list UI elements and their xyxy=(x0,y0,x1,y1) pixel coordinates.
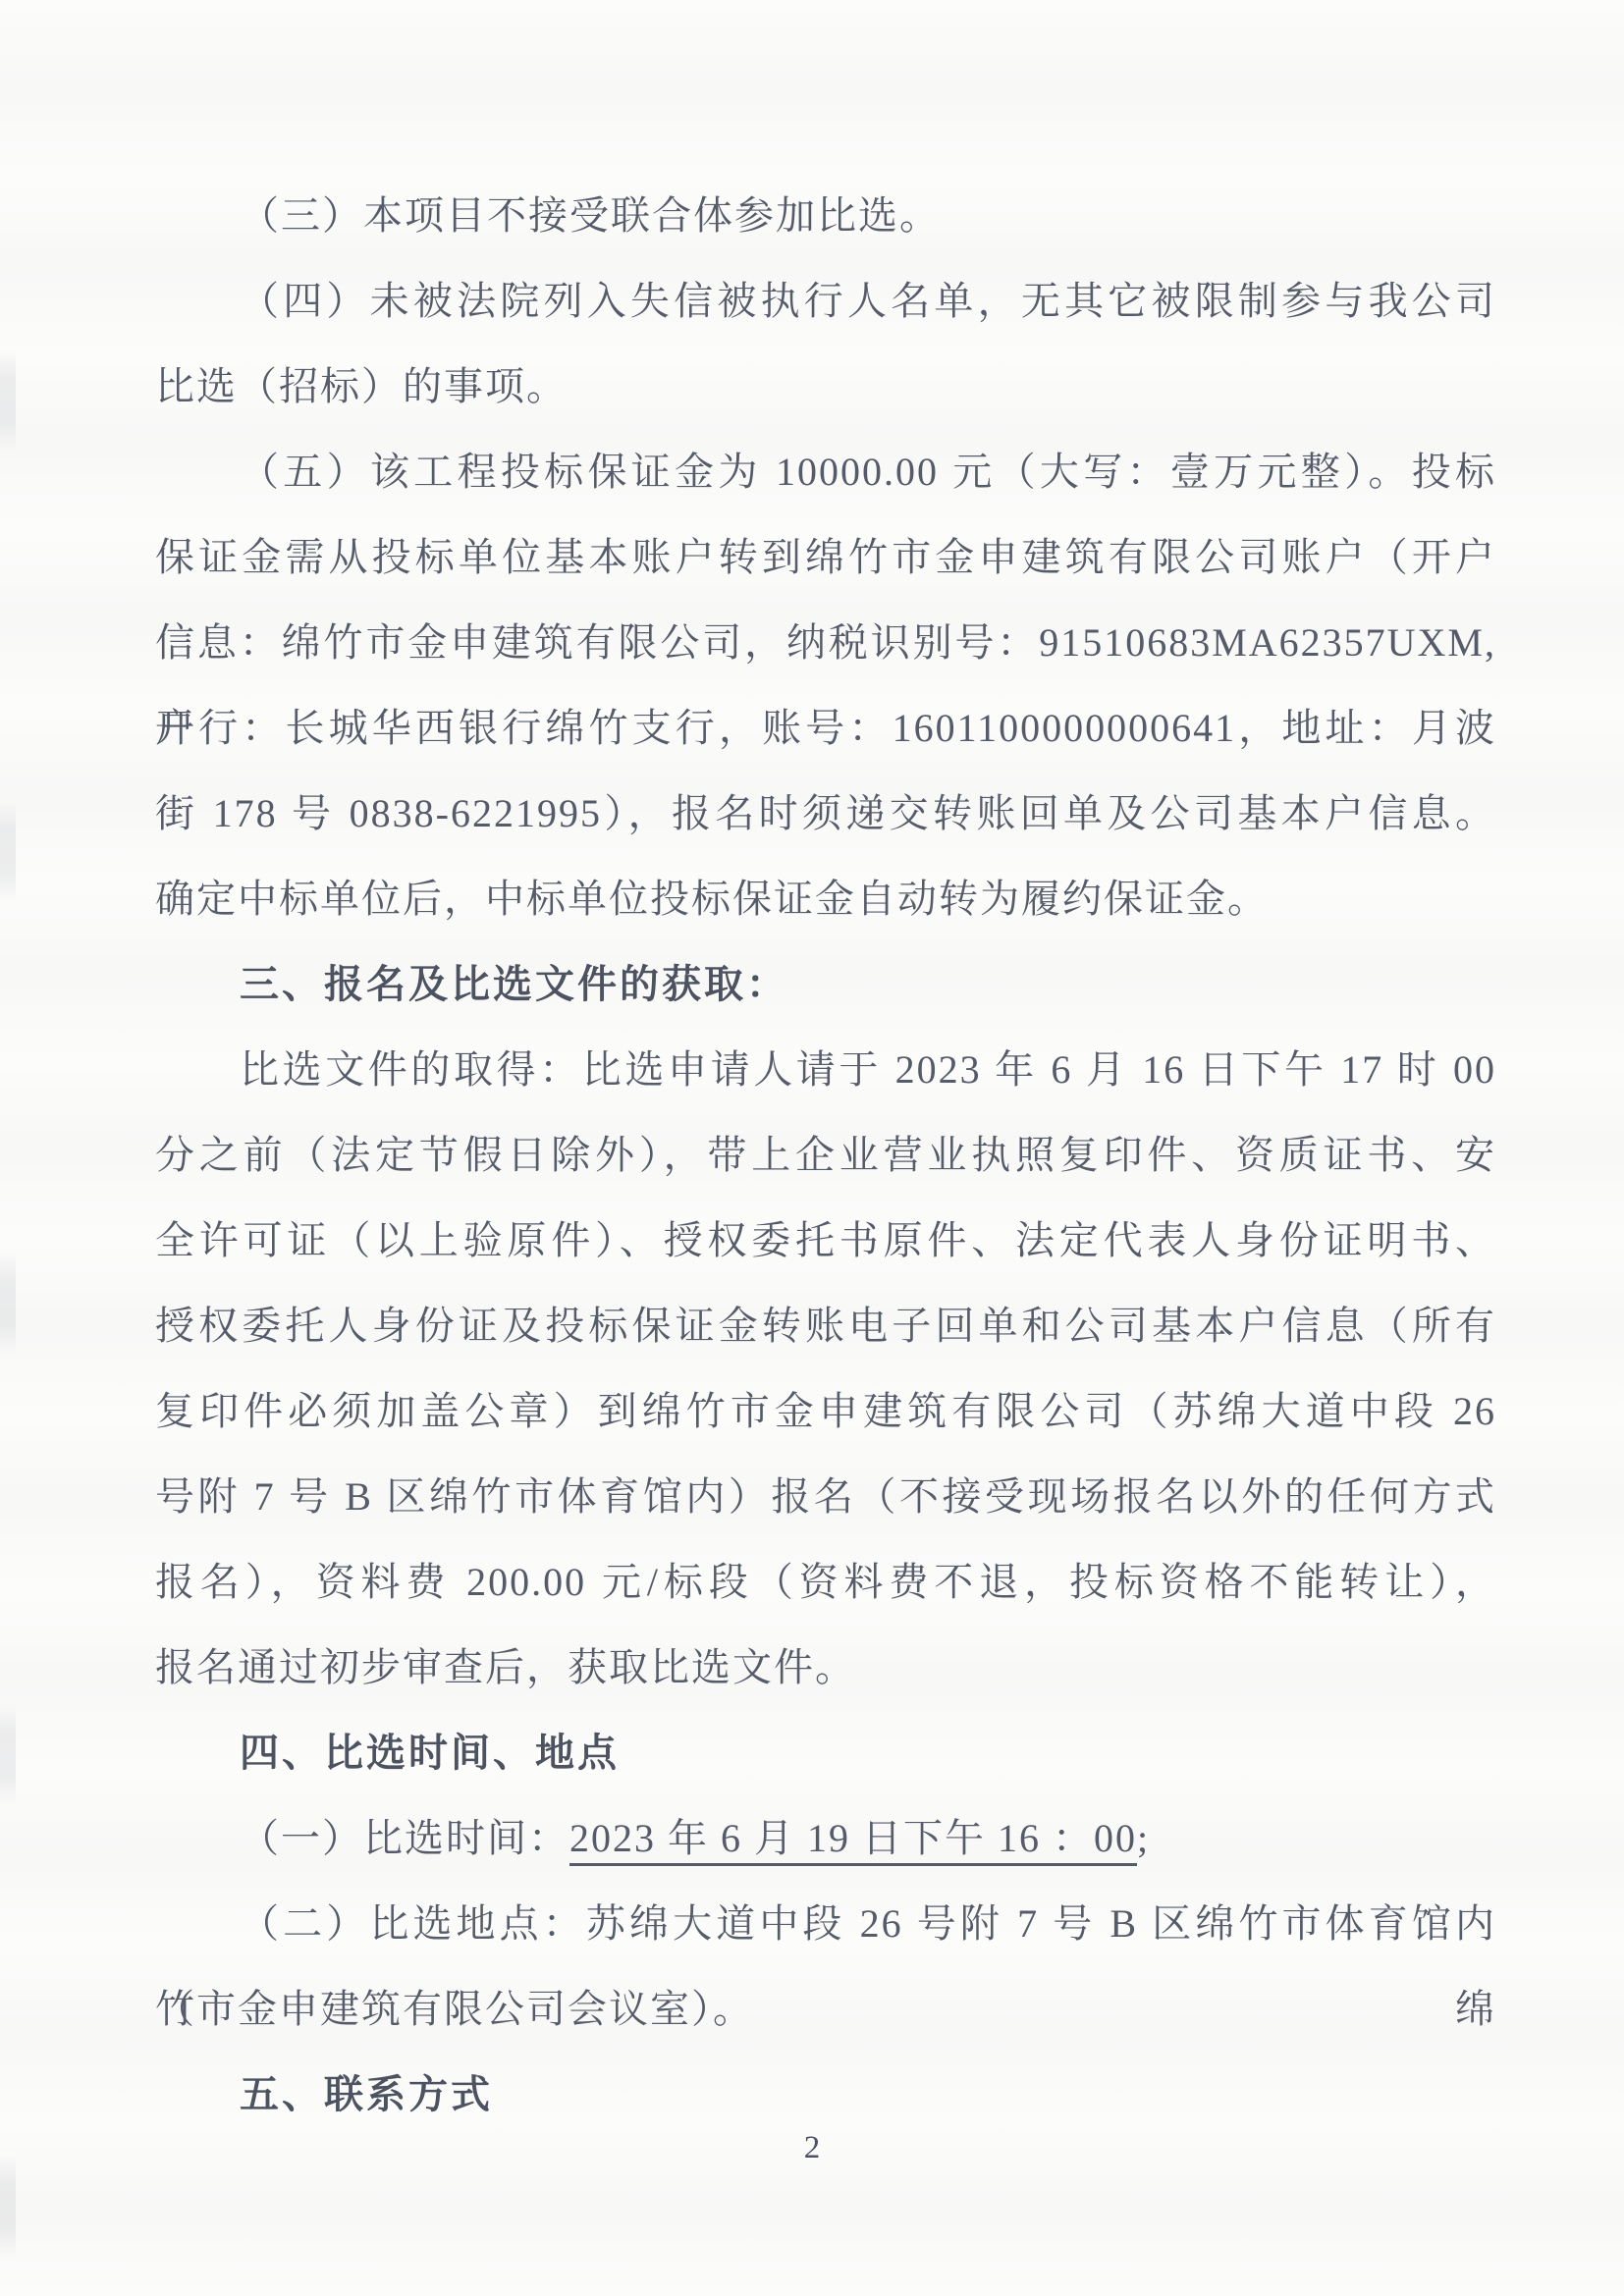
para-3: （三）本项目不接受联合体参加比选。 xyxy=(155,173,1496,258)
text-segment: （四）未被法院列入失信被执行人名单，无其它被限制参与我公司 xyxy=(240,279,1496,323)
text-segment: 保证金需从投标单位基本账户转到绵竹市金申建筑有限公司账户（开户 xyxy=(155,535,1496,579)
text-segment: 四、比选时间、地点 xyxy=(240,1731,620,1775)
para-5-line-6: 确定中标单位后，中标单位投标保证金自动转为履约保证金。 xyxy=(155,856,1496,941)
para-6-line-7: 报名），资料费 200.00 元/标段（资料费不退，投标资格不能转让）， xyxy=(155,1539,1496,1625)
text-segment: 户行：长城华西银行绵竹支行，账号：1601100000000641，地址：月波 xyxy=(155,706,1496,750)
text-segment: 竹市金申建筑有限公司会议室）。 xyxy=(155,1987,754,2031)
text-segment: 全许可证（以上验原件）、授权委托书原件、法定代表人身份证明书、 xyxy=(155,1218,1496,1262)
text-segment: （三）本项目不接受联合体参加比选。 xyxy=(240,193,941,238)
text-segment: 报名），资料费 200.00 元/标段（资料费不退，投标资格不能转让）， xyxy=(155,1560,1496,1604)
text-segment: 比选（招标）的事项。 xyxy=(155,364,568,408)
section-5-heading: 五、联系方式 xyxy=(155,2052,1496,2137)
para-7-bid-time: （一）比选时间：2023 年 6 月 19 日下午 16 ：00; xyxy=(155,1795,1496,1881)
text-segment: 三、报名及比选文件的获取： xyxy=(240,962,788,1006)
para-5-line-3: 信息：绵竹市金申建筑有限公司，纳税识别号：91510683MA62357UXM,… xyxy=(155,600,1496,685)
text-segment: 复印件必须加盖公章）到绵竹市金申建筑有限公司（苏绵大道中段 26 xyxy=(155,1389,1496,1433)
para-6-line-6: 号附 7 号 B 区绵竹市体育馆内）报名（不接受现场报名以外的任何方式 xyxy=(155,1454,1496,1539)
document-page: （三）本项目不接受联合体参加比选。（四）未被法院列入失信被执行人名单，无其它被限… xyxy=(0,0,1624,2296)
para-6-line-8: 报名通过初步审查后，获取比选文件。 xyxy=(155,1625,1496,1710)
page-number: 2 xyxy=(0,2128,1624,2167)
para-6-line-1: 比选文件的取得：比选申请人请于 2023 年 6 月 16 日下午 17 时 0… xyxy=(155,1027,1496,1112)
text-segment: （一）比选时间： xyxy=(240,1816,569,1860)
section-3-heading: 三、报名及比选文件的获取： xyxy=(155,941,1496,1027)
text-segment: 报名通过初步审查后，获取比选文件。 xyxy=(155,1645,856,1689)
text-segment: 号附 7 号 B 区绵竹市体育馆内）报名（不接受现场报名以外的任何方式 xyxy=(155,1474,1496,1519)
para-5-line-1: （五）该工程投标保证金为 10000.00 元（大写：壹万元整）。投标 xyxy=(155,429,1496,514)
para-6-line-3: 全许可证（以上验原件）、授权委托书原件、法定代表人身份证明书、 xyxy=(155,1198,1496,1283)
para-5-line-4: 户行：长城华西银行绵竹支行，账号：1601100000000641，地址：月波 xyxy=(155,685,1496,771)
text-segment: 比选文件的取得：比选申请人请于 2023 年 6 月 16 日下午 17 时 0… xyxy=(240,1047,1496,1092)
text-segment: 确定中标单位后，中标单位投标保证金自动转为履约保证金。 xyxy=(155,877,1269,921)
para-4-line-1: （四）未被法院列入失信被执行人名单，无其它被限制参与我公司 xyxy=(155,258,1496,344)
para-6-line-2: 分之前（法定节假日除外），带上企业营业执照复印件、资质证书、安 xyxy=(155,1112,1496,1198)
text-segment: （五）该工程投标保证金为 10000.00 元（大写：壹万元整）。投标 xyxy=(240,450,1496,494)
para-6-line-4: 授权委托人身份证及投标保证金转账电子回单和公司基本户信息（所有 xyxy=(155,1283,1496,1368)
scan-artifact-left-edge xyxy=(0,0,16,2296)
para-6-line-5: 复印件必须加盖公章）到绵竹市金申建筑有限公司（苏绵大道中段 26 xyxy=(155,1368,1496,1454)
text-segment: 街 178 号 0838-6221995），报名时须递交转账回单及公司基本户信息… xyxy=(155,791,1496,835)
para-5-line-5: 街 178 号 0838-6221995），报名时须递交转账回单及公司基本户信息… xyxy=(155,771,1496,856)
para-8-line-1: （二）比选地点：苏绵大道中段 26 号附 7 号 B 区绵竹市体育馆内（绵 xyxy=(155,1881,1496,1966)
para-5-line-2: 保证金需从投标单位基本账户转到绵竹市金申建筑有限公司账户（开户 xyxy=(155,514,1496,600)
para-4-line-2: 比选（招标）的事项。 xyxy=(155,344,1496,429)
section-4-heading: 四、比选时间、地点 xyxy=(155,1710,1496,1795)
text-segment: 授权委托人身份证及投标保证金转账电子回单和公司基本户信息（所有 xyxy=(155,1304,1496,1348)
document-body: （三）本项目不接受联合体参加比选。（四）未被法院列入失信被执行人名单，无其它被限… xyxy=(155,173,1496,2137)
underlined-text: 2023 年 6 月 19 日下午 16 ：00 xyxy=(569,1816,1137,1860)
text-segment: 五、联系方式 xyxy=(240,2072,493,2116)
text-segment: 分之前（法定节假日除外），带上企业营业执照复印件、资质证书、安 xyxy=(155,1133,1496,1177)
text-segment: ; xyxy=(1137,1816,1150,1860)
